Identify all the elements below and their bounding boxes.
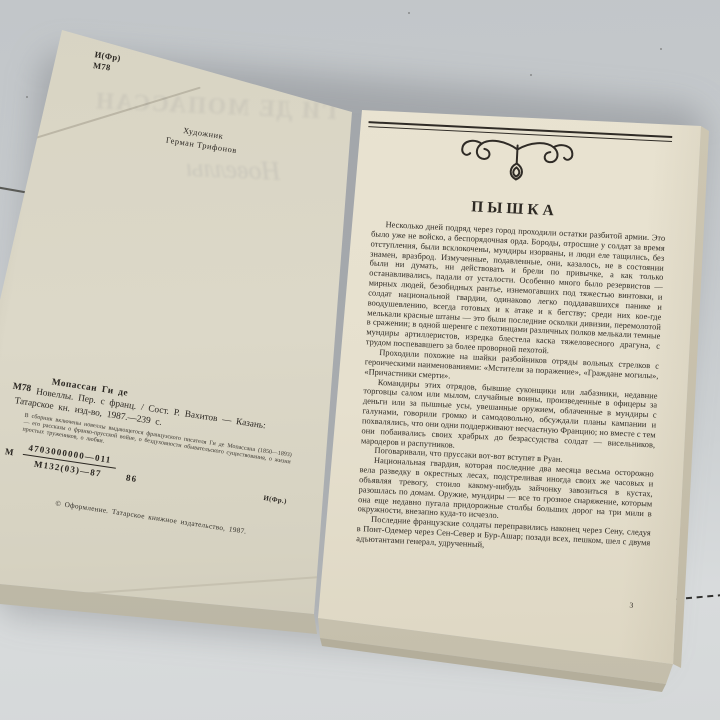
table-speck [530, 74, 532, 76]
catalog-card: М78 Мопассан Ги де Новеллы. Пер. с франц… [3, 371, 302, 507]
table-speck [408, 12, 410, 14]
story-text: Несколько дней подряд через город проход… [356, 219, 666, 558]
photo-of-open-book: ГИ ДЕ МОПАССАН Новеллы И(Фр) М78 Художни… [0, 0, 720, 720]
catalog-index: М78 [12, 381, 32, 396]
copyright-line: © Оформление. Татарское книжное издатель… [22, 494, 280, 540]
story-paragraph: Несколько дней подряд через город проход… [366, 219, 666, 361]
classification-code: И(Фр) М78 [92, 49, 121, 74]
publisher-code-fraction: 4703000000—011 М132(03)—87 [21, 441, 118, 482]
publisher-code-suffix: 86 [125, 471, 138, 485]
table-speck [660, 48, 662, 50]
table-speck [26, 96, 28, 98]
publisher-code-prefix: М [4, 446, 15, 459]
chapter-flourish-ornament-icon [454, 134, 580, 188]
page-number: 3 [629, 601, 633, 610]
